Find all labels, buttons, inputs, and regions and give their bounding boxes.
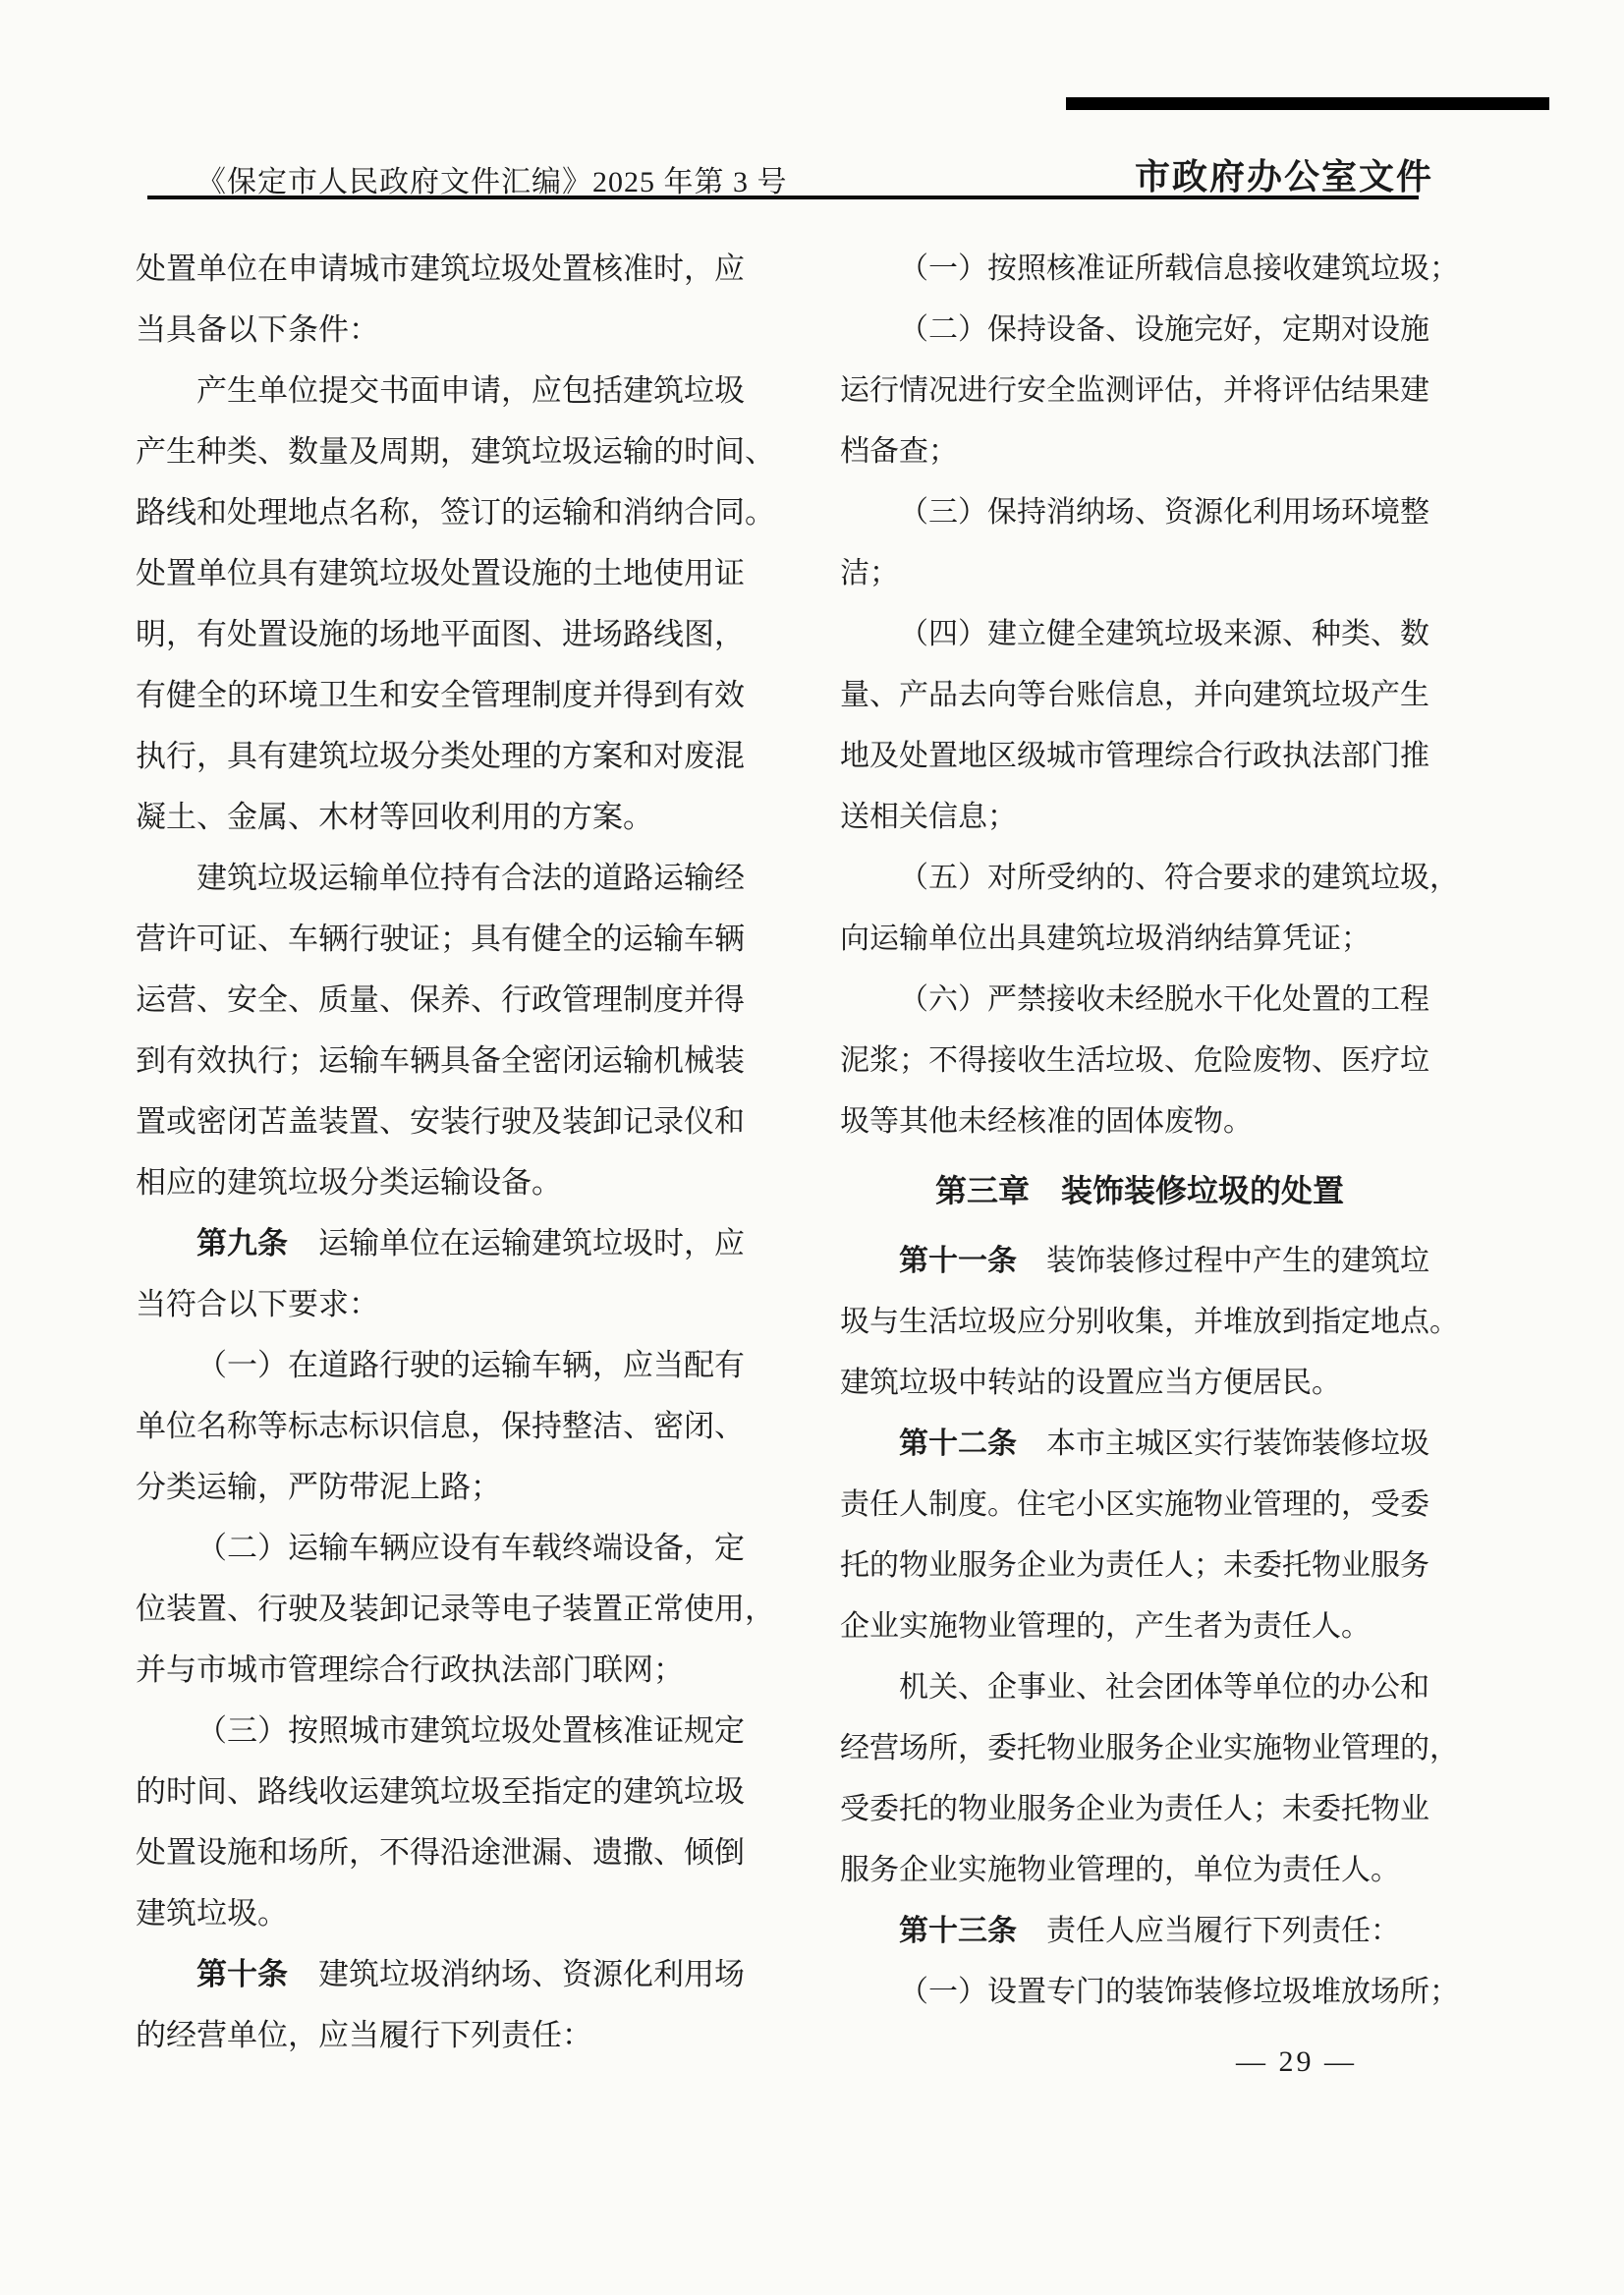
- text-line: 第九条 运输单位在运输建筑垃圾时，应: [136, 1213, 813, 1274]
- text-line: 产生单位提交书面申请，应包括建筑垃圾: [136, 361, 813, 421]
- text-line: 置或密闭苫盖装置、安装行驶及装卸记录仪和: [136, 1092, 813, 1152]
- text-line: 处置设施和场所，不得沿途泄漏、遗撒、倾倒: [136, 1822, 813, 1883]
- text-line: 执行，具有建筑垃圾分类处理的方案和对废混: [136, 726, 813, 787]
- text-line: 营许可证、车辆行驶证；具有健全的运输车辆: [136, 909, 813, 970]
- text-line: 地及处置地区级城市管理综合行政执法部门推: [840, 726, 1439, 787]
- header-rule: [147, 196, 1419, 199]
- article-number: 第十三条: [899, 1915, 1017, 1947]
- text-line: （四）建立健全建筑垃圾来源、种类、数: [840, 604, 1439, 665]
- office-document-label: 市政府办公室文件: [1135, 149, 1433, 199]
- text-line: （二）运输车辆应设有车载终端设备，定: [136, 1518, 813, 1579]
- text-line: （一）在道路行驶的运输车辆，应当配有: [136, 1335, 813, 1396]
- text-line: 当具备以下条件：: [136, 300, 813, 361]
- text-line: 当符合以下要求：: [136, 1274, 813, 1335]
- text-line: 托的物业服务企业为责任人；未委托物业服务: [840, 1536, 1439, 1596]
- article-number: 第十条: [196, 1957, 288, 1991]
- text-line: 分类运输，严防带泥上路；: [136, 1457, 813, 1518]
- compilation-title: 《保定市人民政府文件汇编》2025 年第 3 号: [196, 157, 788, 200]
- text-line: 洁；: [840, 543, 1439, 604]
- text-line: 运行情况进行安全监测评估，并将评估结果建: [840, 361, 1439, 421]
- text-line: 服务企业实施物业管理的，单位为责任人。: [840, 1840, 1439, 1901]
- text-line: 档备查；: [840, 421, 1439, 482]
- text-line: 责任人制度。住宅小区实施物业管理的，受委: [840, 1475, 1439, 1536]
- text-line: 位装置、行驶及装卸记录等电子装置正常使用，: [136, 1579, 813, 1640]
- text-line: 处置单位具有建筑垃圾处置设施的土地使用证: [136, 543, 813, 604]
- article-number: 第十二条: [899, 1427, 1017, 1460]
- text-line: 路线和处理地点名称，签订的运输和消纳合同。: [136, 482, 813, 543]
- text-line: 经营场所，委托物业服务企业实施物业管理的，: [840, 1718, 1439, 1779]
- text-line: 受委托的物业服务企业为责任人；未委托物业: [840, 1779, 1439, 1840]
- page-number: — 29 —: [1236, 2045, 1357, 2079]
- right-text-column: （一）按照核准证所载信息接收建筑垃圾；（二）保持设备、设施完好，定期对设施运行情…: [840, 239, 1439, 2023]
- left-text-column: 处置单位在申请城市建筑垃圾处置核准时，应当具备以下条件：产生单位提交书面申请，应…: [136, 239, 813, 2066]
- text-line: 相应的建筑垃圾分类运输设备。: [136, 1152, 813, 1213]
- text-line: 企业实施物业管理的，产生者为责任人。: [840, 1596, 1439, 1657]
- text-line: 明，有处置设施的场地平面图、进场路线图，: [136, 604, 813, 665]
- text-line: 建筑垃圾。: [136, 1883, 813, 1944]
- text-line: 第十一条 装饰装修过程中产生的建筑垃: [840, 1231, 1439, 1292]
- text-line: 第十条 建筑垃圾消纳场、资源化利用场: [136, 1944, 813, 2005]
- text-line: （三）按照城市建筑垃圾处置核准证规定: [136, 1701, 813, 1762]
- document-page: 《保定市人民政府文件汇编》2025 年第 3 号 市政府办公室文件 处置单位在申…: [0, 0, 1624, 2295]
- text-line: 向运输单位出具建筑垃圾消纳结算凭证；: [840, 909, 1439, 970]
- text-line: 圾与生活垃圾应分别收集，并堆放到指定地点。: [840, 1292, 1439, 1353]
- text-line: 到有效执行；运输车辆具备全密闭运输机械装: [136, 1031, 813, 1092]
- text-line: 的经营单位，应当履行下列责任：: [136, 2005, 813, 2066]
- chapter-heading: 第三章 装饰装修垃圾的处置: [840, 1160, 1439, 1221]
- text-line: 第十二条 本市主城区实行装饰装修垃圾: [840, 1414, 1439, 1475]
- text-line: 凝土、金属、木材等回收利用的方案。: [136, 787, 813, 848]
- text-line: （六）严禁接收未经脱水干化处置的工程: [840, 970, 1439, 1031]
- text-line: （一）按照核准证所载信息接收建筑垃圾；: [840, 239, 1439, 300]
- text-line: （五）对所受纳的、符合要求的建筑垃圾，: [840, 848, 1439, 909]
- text-line: 建筑垃圾运输单位持有合法的道路运输经: [136, 848, 813, 909]
- text-line: 机关、企事业、社会团体等单位的办公和: [840, 1657, 1439, 1718]
- text-line: 并与市城市管理综合行政执法部门联网；: [136, 1640, 813, 1701]
- text-line: 泥浆；不得接收生活垃圾、危险废物、医疗垃: [840, 1031, 1439, 1092]
- text-line: 量、产品去向等台账信息，并向建筑垃圾产生: [840, 665, 1439, 726]
- article-number: 第九条: [196, 1226, 288, 1260]
- text-line: 第十三条 责任人应当履行下列责任：: [840, 1901, 1439, 1962]
- header-black-bar: [1066, 97, 1549, 110]
- text-line: 的时间、路线收运建筑垃圾至指定的建筑垃圾: [136, 1762, 813, 1822]
- text-line: （二）保持设备、设施完好，定期对设施: [840, 300, 1439, 361]
- text-line: 建筑垃圾中转站的设置应当方便居民。: [840, 1353, 1439, 1414]
- text-line: 圾等其他未经核准的固体废物。: [840, 1092, 1439, 1152]
- text-line: （三）保持消纳场、资源化利用场环境整: [840, 482, 1439, 543]
- text-line: 有健全的环境卫生和安全管理制度并得到有效: [136, 665, 813, 726]
- text-line: 单位名称等标志标识信息，保持整洁、密闭、: [136, 1396, 813, 1457]
- text-line: 运营、安全、质量、保养、行政管理制度并得: [136, 970, 813, 1031]
- text-line: 产生种类、数量及周期，建筑垃圾运输的时间、: [136, 421, 813, 482]
- text-line: （一）设置专门的装饰装修垃圾堆放场所；: [840, 1962, 1439, 2023]
- text-line: 送相关信息；: [840, 787, 1439, 848]
- article-number: 第十一条: [899, 1245, 1017, 1277]
- text-line: 处置单位在申请城市建筑垃圾处置核准时，应: [136, 239, 813, 300]
